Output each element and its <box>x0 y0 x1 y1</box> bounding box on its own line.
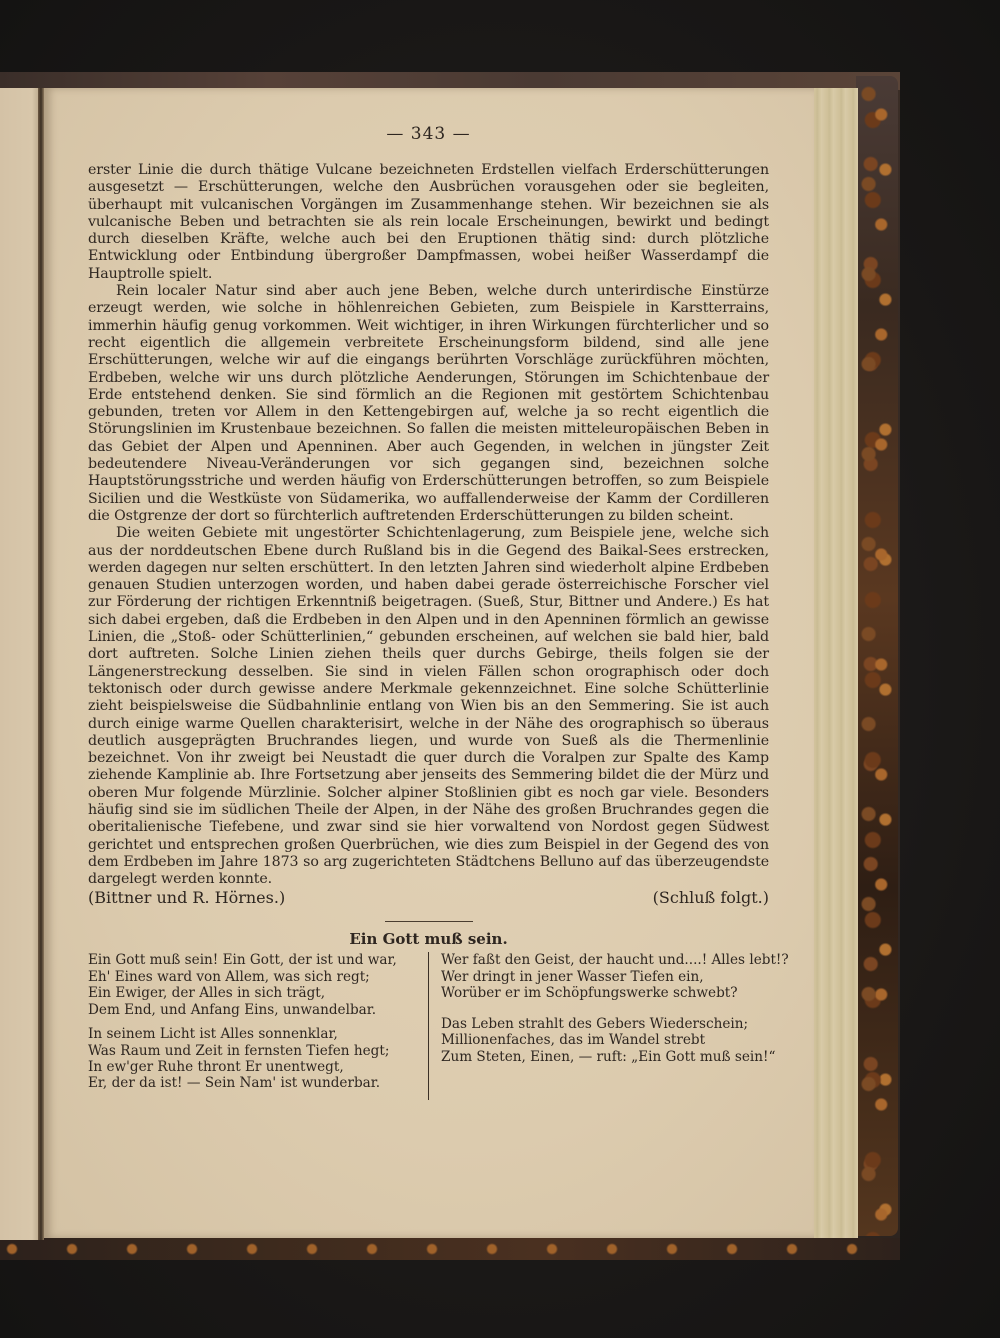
poem-stanza: Ein Gott muß sein! Ein Gott, der ist und… <box>88 952 418 1018</box>
poem-line: Was Raum und Zeit in fernsten Tiefen heg… <box>88 1043 418 1059</box>
section-divider <box>385 921 473 922</box>
poem-line: Das Leben strahlt des Gebers Wiederschei… <box>441 1016 789 1032</box>
page-number: — 343 — <box>88 124 769 144</box>
page-content: — 343 — erster Linie die durch thätige V… <box>88 124 769 1100</box>
left-page <box>0 88 40 1240</box>
right-page: — 343 — erster Linie die durch thätige V… <box>44 88 814 1238</box>
article: erster Linie die durch thätige Vulcane b… <box>88 162 769 907</box>
poem-line: Dem End, und Anfang Eins, unwandelbar. <box>88 1002 418 1018</box>
book-cover-bottom-edge <box>0 1238 900 1260</box>
book-gutter <box>38 88 44 1240</box>
poem-line: Er, der da ist! — Sein Nam' ist wunderba… <box>88 1075 418 1091</box>
article-paragraph: Die weiten Gebiete mit ungestörter Schic… <box>88 525 769 888</box>
poem-line: Wer dringt in jener Wasser Tiefen ein, <box>441 969 789 985</box>
article-paragraph: Rein localer Natur sind aber auch jene B… <box>88 283 769 525</box>
poem-line: Ein Gott muß sein! Ein Gott, der ist und… <box>88 952 418 968</box>
poem-line: In seinem Licht ist Alles sonnenklar, <box>88 1026 418 1042</box>
poem-line: Ein Ewiger, der Alles in sich trägt, <box>88 985 418 1001</box>
poem-line: In ew'ger Ruhe thront Er unentwegt, <box>88 1059 418 1075</box>
continued-note: (Schluß folgt.) <box>653 888 769 907</box>
article-attribution: (Bittner und R. Hörnes.) <box>88 888 285 907</box>
page-edges-stack <box>810 88 858 1238</box>
poem-stanza: In seinem Licht ist Alles sonnenklar, Wa… <box>88 1026 418 1092</box>
poem-line: Wer faßt den Geist, der haucht und....! … <box>441 952 789 968</box>
article-paragraph: erster Linie die durch thätige Vulcane b… <box>88 162 769 283</box>
article-footer: (Bittner und R. Hörnes.) (Schluß folgt.) <box>88 888 769 907</box>
poem-column-left: Ein Gott muß sein! Ein Gott, der ist und… <box>88 952 428 1099</box>
poem-line: Zum Steten, Einen, — ruft: „Ein Gott muß… <box>441 1049 789 1065</box>
poem-stanza: Das Leben strahlt des Gebers Wiederschei… <box>441 1016 789 1065</box>
poem-column-right: Wer faßt den Geist, der haucht und....! … <box>428 952 789 1099</box>
poem-line: Eh' Eines ward von Allem, was sich regt; <box>88 969 418 985</box>
poem-line: Worüber er im Schöpfungswerke schwebt? <box>441 985 789 1001</box>
poem: Ein Gott muß sein! Ein Gott, der ist und… <box>88 952 769 1099</box>
poem-title: Ein Gott muß sein. <box>88 930 769 948</box>
poem-line: Millionenfaches, das im Wandel strebt <box>441 1032 789 1048</box>
book-cover-marbled-edge <box>856 76 898 1236</box>
poem-stanza: Wer faßt den Geist, der haucht und....! … <box>441 952 789 1001</box>
